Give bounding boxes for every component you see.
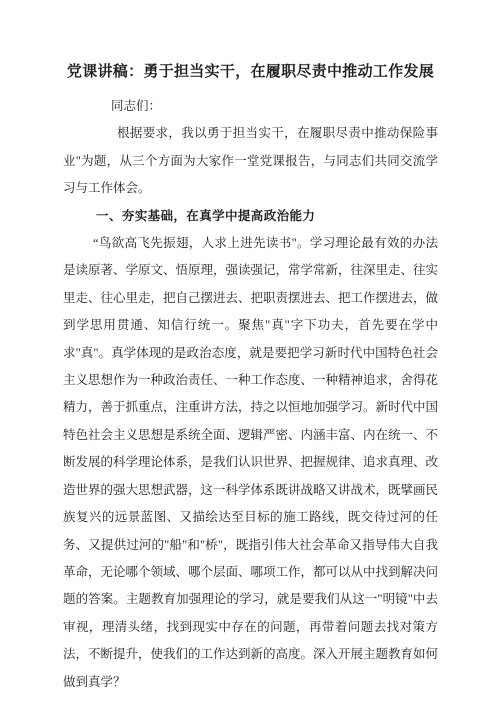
intro-paragraph: 根据要求，我以勇于担当实干，在履职尽责中推动保险事业"为题，从三个方面为大家作一… [63, 120, 438, 202]
salutation: 同志们： [63, 93, 438, 120]
body-paragraph: “鸟欲高飞先振翅，人求上进先读书"。学习理论最有效的办法是读原著、学原文、悟原理… [63, 230, 438, 696]
section-heading: 一、夯实基础，在真学中提高政治能力 [63, 203, 438, 230]
document-page: 党课讲稿：勇于担当实干，在履职尽责中推动工作发展 同志们： 根据要求，我以勇于担… [0, 0, 500, 708]
document-title: 党课讲稿：勇于担当实干，在履职尽责中推动工作发展 [63, 61, 438, 83]
